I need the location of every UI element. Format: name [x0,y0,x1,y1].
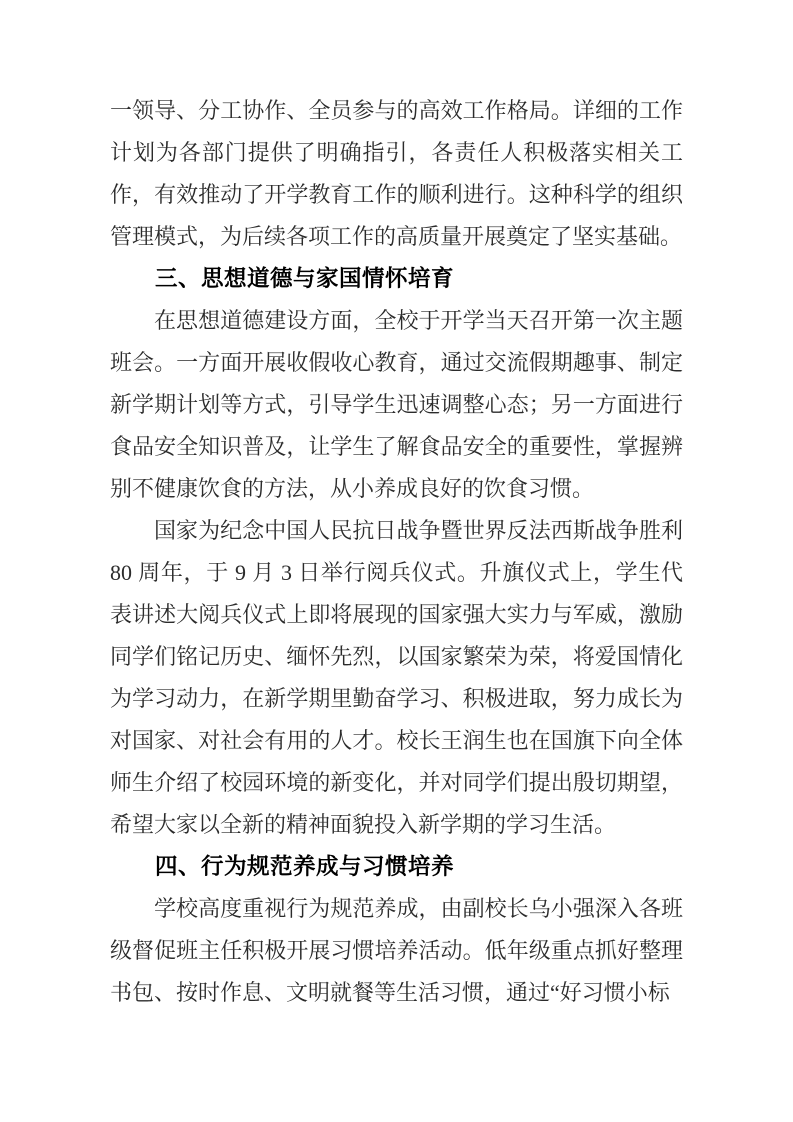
section-heading-three-moral-education: 三、思想道德与家国情怀培育 [110,258,683,300]
paragraph-continued-from-previous-page: 一领导、分工协作、全员参与的高效工作格局。详细的工作计划为各部门提供了明确指引，… [110,90,683,258]
paragraph-habit-cultivation-clipped: 学校高度重视行为规范养成，由副校长乌小强深入各班级督促班主任积极开展习惯培养活动… [110,888,683,1014]
section-heading-four-behavior-habits: 四、行为规范养成与习惯培养 [110,846,683,888]
document-page: 一领导、分工协作、全员参与的高效工作格局。详细的工作计划为各部门提供了明确指引，… [0,0,793,1122]
paragraph-class-meeting: 在思想道德建设方面，全校于开学当天召开第一次主题班会。一方面开展收假收心教育，通… [110,300,683,510]
paragraph-parade-flag-ceremony: 国家为纪念中国人民抗日战争暨世界反法西斯战争胜利 80 周年，于 9 月 3 日… [110,510,683,846]
document-text-block: 一领导、分工协作、全员参与的高效工作格局。详细的工作计划为各部门提供了明确指引，… [110,90,683,1014]
